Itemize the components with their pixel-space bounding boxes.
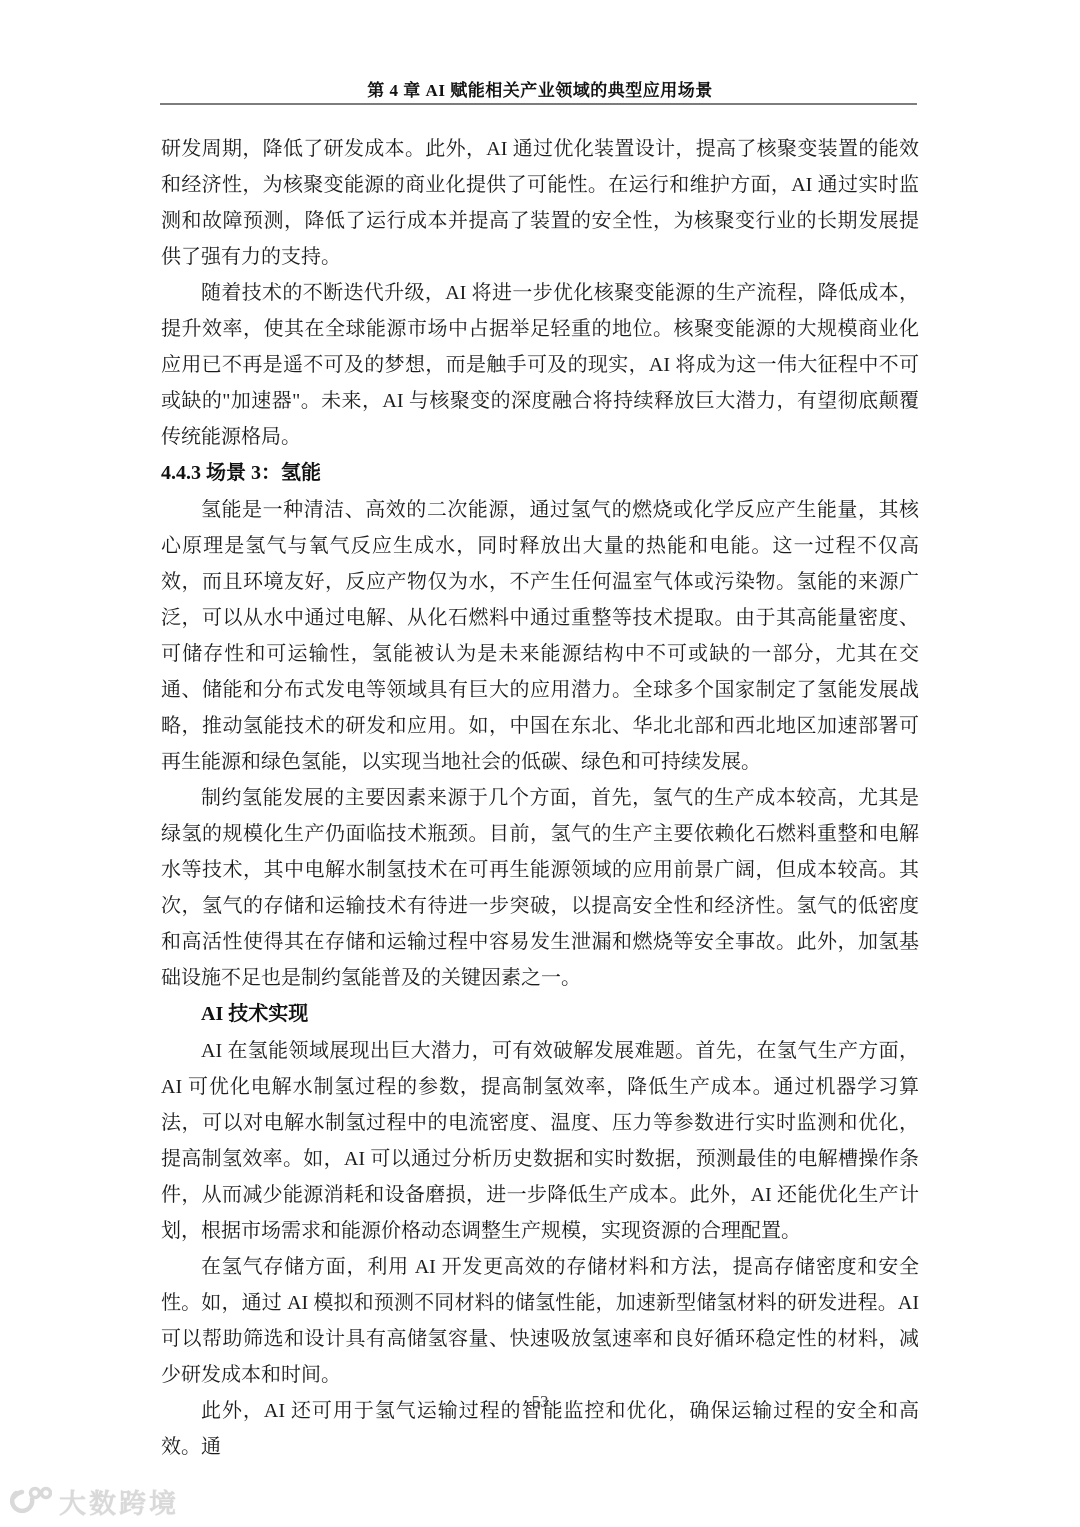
circle-swoosh-logo-icon xyxy=(8,1485,52,1519)
document-page: 第 4 章 AI 赋能相关产业领域的典型应用场景 研发周期，降低了研发成本。此外… xyxy=(0,0,1080,1527)
page-body: 研发周期，降低了研发成本。此外，AI 通过优化装置设计，提高了核聚变装置的能效和… xyxy=(161,131,919,1465)
body-paragraph: 随着技术的不断迭代升级，AI 将进一步优化核聚变能源的生产流程，降低成本，提升效… xyxy=(161,275,919,455)
watermark: 大数跨境 xyxy=(8,1482,179,1521)
body-paragraph: 制约氢能发展的主要因素来源于几个方面，首先，氢气的生产成本较高，尤其是绿氢的规模… xyxy=(161,780,919,996)
body-paragraph: 氢能是一种清洁、高效的二次能源，通过氢气的燃烧或化学反应产生能量，其核心原理是氢… xyxy=(161,492,919,780)
body-paragraph: AI 在氢能领域展现出巨大潜力，可有效破解发展难题。首先，在氢气生产方面，AI … xyxy=(161,1033,919,1249)
header-rule xyxy=(160,103,917,105)
chapter-header: 第 4 章 AI 赋能相关产业领域的典型应用场景 xyxy=(0,76,1080,101)
body-paragraph: 在氢气存储方面，利用 AI 开发更高效的存储材料和方法，提高存储密度和安全性。如… xyxy=(161,1249,919,1393)
subheading-ai-implementation: AI 技术实现 xyxy=(161,996,919,1033)
body-paragraph-continuation: 研发周期，降低了研发成本。此外，AI 通过优化装置设计，提高了核聚变装置的能效和… xyxy=(161,131,919,275)
page-number: 53 xyxy=(0,1392,1080,1412)
watermark-text: 大数跨境 xyxy=(59,1482,179,1521)
section-heading-4-4-3: 4.4.3 场景 3：氢能 xyxy=(161,455,919,492)
